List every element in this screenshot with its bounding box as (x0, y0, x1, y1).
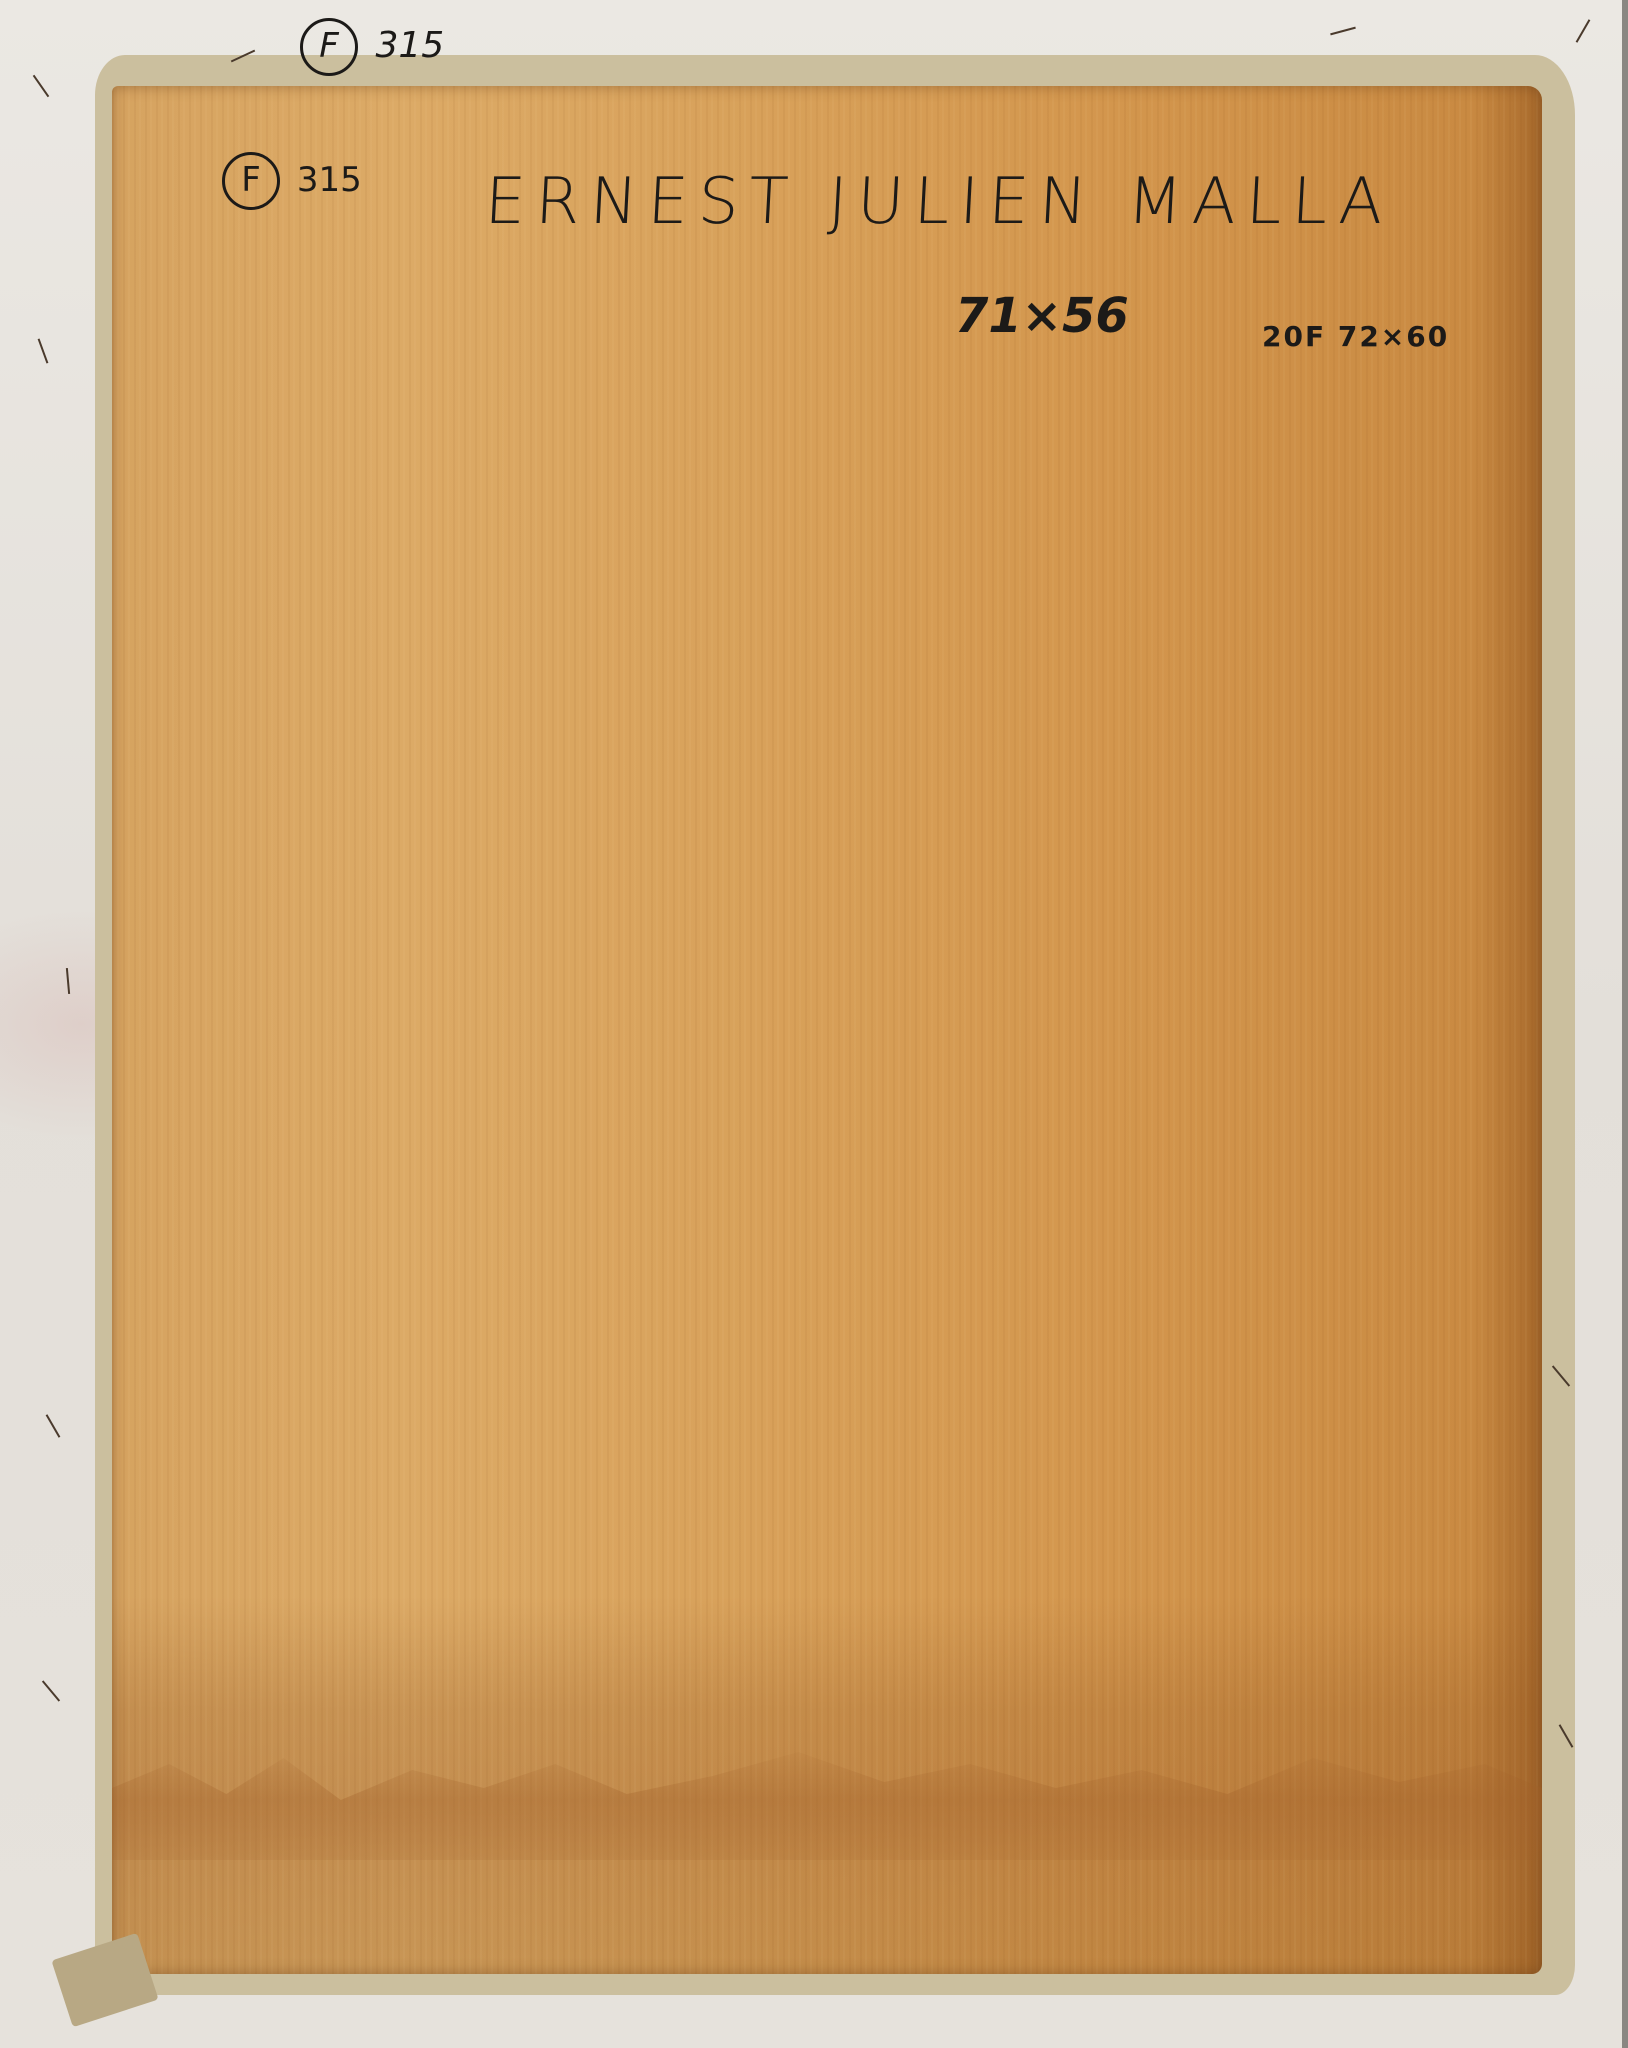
dimensions-inscription: 71×56 (955, 288, 1129, 344)
wood-panel (112, 86, 1542, 1974)
format-inscription: 20F 72×60 (1262, 320, 1449, 353)
inventory-number: 315 (297, 160, 362, 200)
panel-inventory-label: F 315 (222, 152, 362, 210)
frame-edge (1622, 0, 1628, 2048)
circled-letter: F (300, 18, 358, 76)
artist-name-inscription: ERNEST JULIEN MALLA (483, 165, 1395, 239)
stretcher-inventory-label: F 315 (300, 18, 444, 76)
inventory-number: 315 (375, 25, 444, 66)
circled-letter: F (222, 152, 280, 210)
